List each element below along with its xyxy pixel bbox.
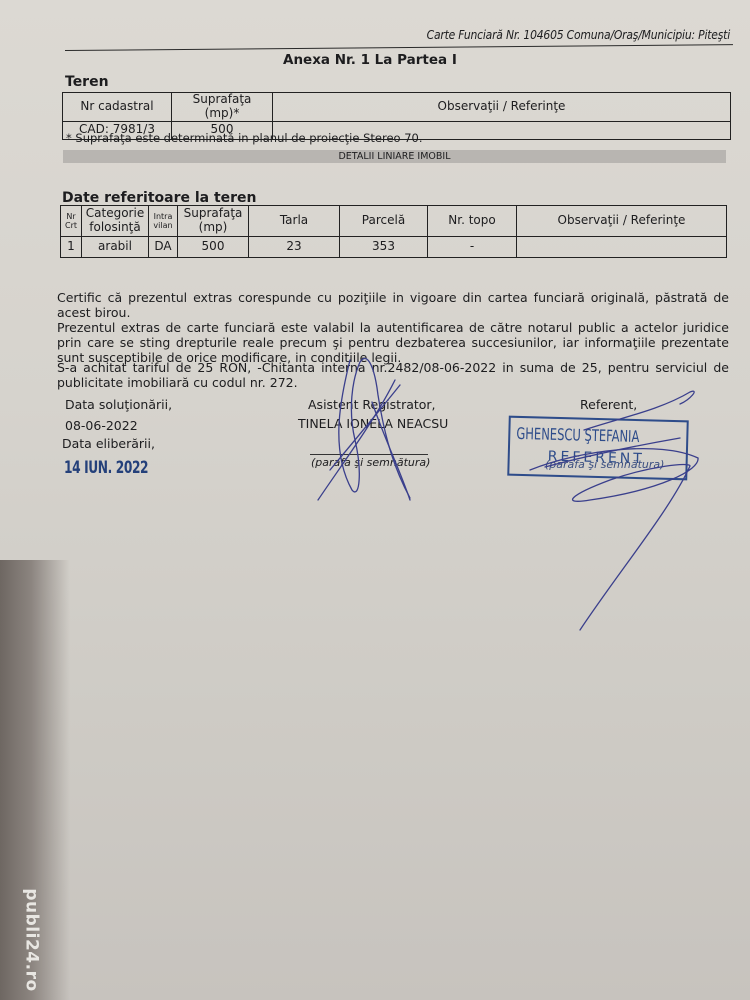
referent-stamp-name: GHENESCU ŞTEFANIA [516, 424, 639, 446]
cell-parcela: 353 [340, 237, 428, 258]
cell-categorie: arabil [82, 237, 149, 258]
asistent-signature-line [310, 454, 428, 455]
cell-nr-topo: - [428, 237, 517, 258]
validity-paragraph: Prezentul extras de carte funciară este … [57, 320, 729, 365]
data-solutionarii-label: Data soluţionării, [65, 397, 172, 412]
surface-footnote: * Suprafaţa este determinată in planul d… [66, 131, 423, 145]
col-nr-topo: Nr. topo [428, 206, 517, 237]
table-row: 1 arabil DA 500 23 353 - [61, 237, 727, 258]
referent-label: Referent, [580, 397, 637, 412]
col-observatii-referinte: Observaţii / Referinţe [517, 206, 727, 237]
asistent-caption: (parafa şi semnătura) [311, 456, 430, 469]
cell-tarla: 23 [249, 237, 340, 258]
col-parcela: Parcelă [340, 206, 428, 237]
cell-intravilan: DA [149, 237, 178, 258]
header-divider [65, 44, 733, 51]
col-nr-crt: Nr Crt [61, 206, 82, 237]
col-categorie: Categorie folosinţă [82, 206, 149, 237]
carte-funciara-header: Carte Funciară Nr. 104605 Comuna/Oraş/Mu… [427, 28, 730, 42]
cell-observatii-referinte [517, 237, 727, 258]
col-suprafata: Suprafaţa (mp)* [172, 93, 273, 122]
date-teren-section-title: Date referitoare la teren [62, 190, 257, 206]
referent-caption: (parafa şi semnătura) [545, 458, 664, 471]
detalii-liniare-bar: DETALII LINIARE IMOBIL [63, 150, 726, 163]
certification-paragraph: Certific că prezentul extras corespunde … [57, 290, 729, 320]
annex-title: Anexa Nr. 1 La Partea I [283, 52, 457, 68]
asistent-label: Asistent Registrator, [308, 397, 436, 412]
payment-paragraph: S-a achitat tariful de 25 RON, -Chitanta… [57, 360, 729, 390]
col-observatii: Observaţii / Referinţe [273, 93, 731, 122]
col-tarla: Tarla [249, 206, 340, 237]
data-eliberarii-stamp: 14 IUN. 2022 [64, 458, 148, 478]
col-suprafata-mp: Suprafaţa (mp) [178, 206, 249, 237]
teren-section-title: Teren [65, 74, 109, 90]
data-solutionarii-value: 08-06-2022 [65, 418, 138, 433]
cell-nr-crt: 1 [61, 237, 82, 258]
col-intravilan: Intra vilan [149, 206, 178, 237]
publi24-watermark: publi24.ro [22, 888, 42, 991]
date-teren-table: Nr Crt Categorie folosinţă Intra vilan S… [60, 205, 727, 258]
col-nr-cadastral: Nr cadastral [63, 93, 172, 122]
data-eliberarii-label: Data eliberării, [62, 436, 155, 451]
cell-suprafata-mp: 500 [178, 237, 249, 258]
asistent-name: TINELA IONELA NEACSU [298, 416, 448, 431]
